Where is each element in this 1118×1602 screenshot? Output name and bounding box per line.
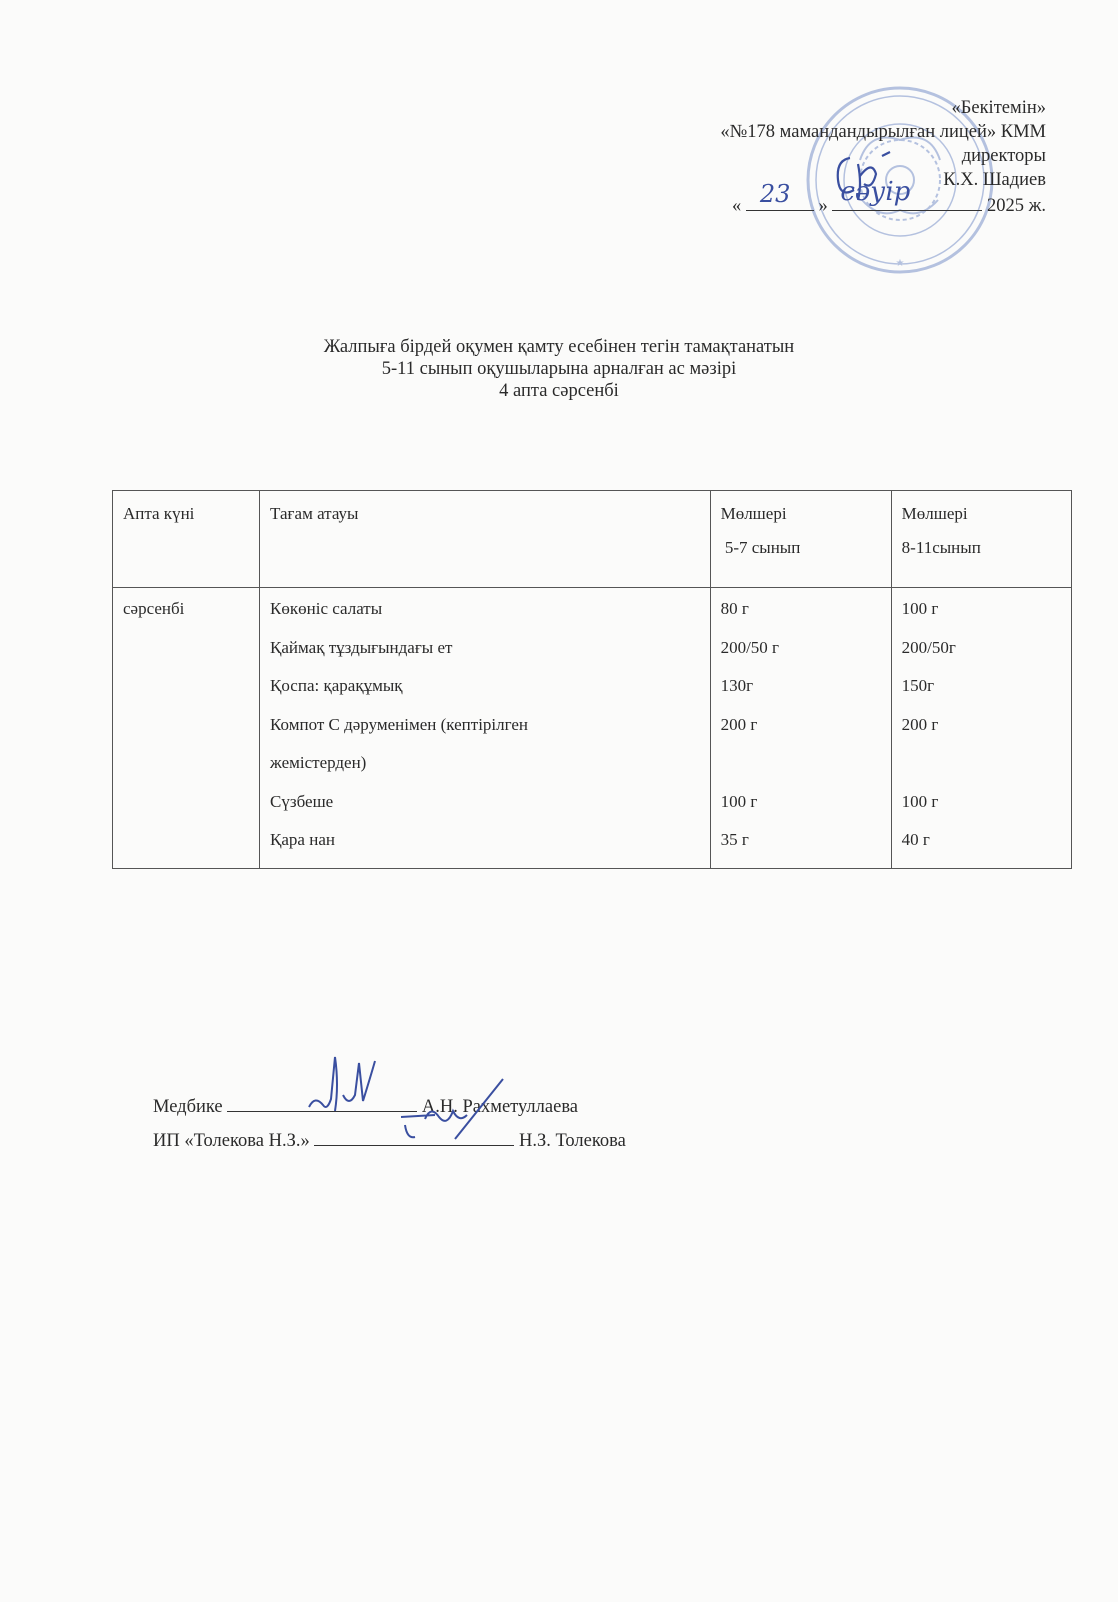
dish-cell: Көкөніс салаты Қаймақ тұздығындағы ет Қо… [260, 588, 711, 869]
header-dish: Тағам атауы [260, 491, 711, 588]
title-line-3: 4 апта сәрсенбі [0, 380, 1118, 402]
quantity-value: 200/50 г [721, 629, 881, 668]
director-signature-icon [828, 150, 898, 205]
quantity-5-7-cell: 80 г 200/50 г 130г 200 г 100 г 35 г [710, 588, 891, 869]
dish-name: Компот С дәруменімен (кептірілген [270, 706, 700, 745]
quantity-value: 35 г [721, 821, 881, 860]
table-row: сәрсенбі Көкөніс салаты Қаймақ тұздығынд… [113, 588, 1072, 869]
quantity-value: 200 г [721, 706, 881, 745]
approval-heading: «Бекітемін» [720, 96, 1046, 120]
dish-name: Қара нан [270, 821, 700, 860]
table-header-row: Апта күні Тағам атауы Мөлшері 5-7 сынып … [113, 491, 1072, 588]
medic-signature-icon [305, 1055, 385, 1115]
quantity-value: 100 г [902, 783, 1061, 822]
ip-signature-icon [395, 1075, 515, 1145]
quantity-value: 40 г [902, 821, 1061, 860]
header-quantity-5-7: Мөлшері 5-7 сынып [710, 491, 891, 588]
quantity-value: 200/50г [902, 629, 1061, 668]
dish-name: жемістерден) [270, 744, 700, 783]
quantity-value: 80 г [721, 590, 881, 629]
quantity-value: 100 г [721, 783, 881, 822]
dish-name: Қаймақ тұздығындағы ет [270, 629, 700, 668]
quantity-value [721, 744, 881, 783]
dish-name: Көкөніс салаты [270, 590, 700, 629]
ip-signature-row: ИП «Толекова Н.З.» Н.З. Толекова [153, 1124, 626, 1158]
quantity-value: 130г [721, 667, 881, 706]
svg-text:★: ★ [896, 258, 905, 269]
quantity-value: 150г [902, 667, 1061, 706]
day-cell: сәрсенбі [113, 588, 260, 869]
dish-name: Қоспа: қарақұмық [270, 667, 700, 706]
document-title: Жалпыға бірдей оқумен қамту есебінен тег… [0, 336, 1118, 402]
quantity-value [902, 744, 1061, 783]
quantity-value: 100 г [902, 590, 1061, 629]
signature-block: Медбике А.Н. Рахметуллаева ИП «Толекова … [153, 1090, 626, 1158]
approval-organization: «№178 мамандандырылған лицей» КММ [720, 120, 1046, 144]
quantity-value: 200 г [902, 706, 1061, 745]
dish-name: Сүзбеше [270, 783, 700, 822]
quantity-8-11-cell: 100 г 200/50г 150г 200 г 100 г 40 г [891, 588, 1071, 869]
menu-table: Апта күні Тағам атауы Мөлшері 5-7 сынып … [112, 490, 1072, 869]
title-line-1: Жалпыға бірдей оқумен қамту есебінен тег… [0, 336, 1118, 358]
title-line-2: 5-11 сынып оқушыларына арналған ас мәзір… [0, 358, 1118, 380]
header-quantity-8-11: Мөлшері 8-11сынып [891, 491, 1071, 588]
medic-signature-row: Медбике А.Н. Рахметуллаева [153, 1090, 626, 1124]
date-day-field: 23 [746, 192, 814, 211]
header-day: Апта күні [113, 491, 260, 588]
